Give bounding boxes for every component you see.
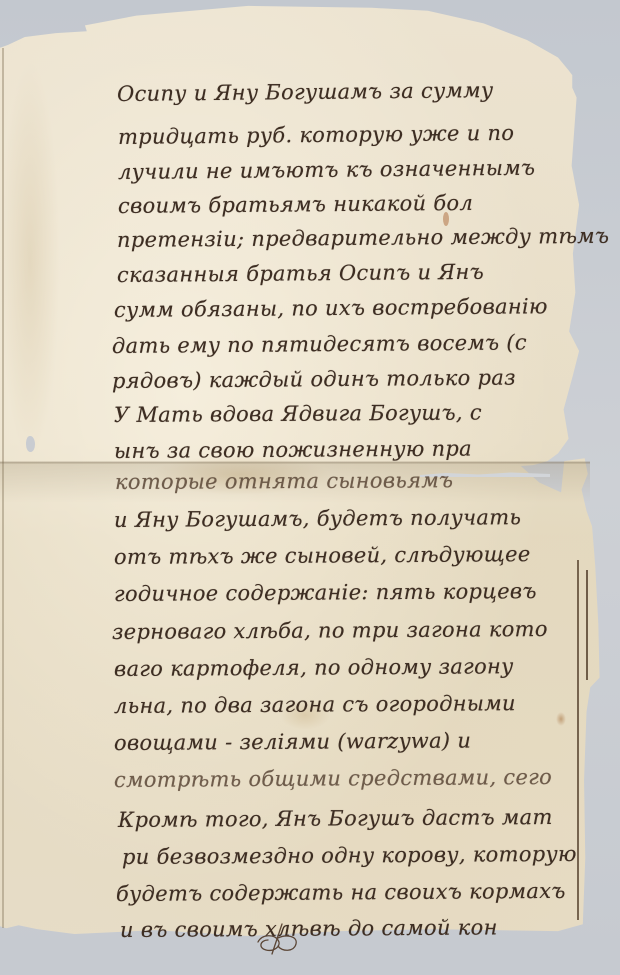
text-line: которые отнята сыновьямъ [115,468,453,494]
text-line: льна, по два загона съ огородными [114,691,516,718]
text-line: и въ своимъ хлѣвѣ до самой кон [120,915,498,942]
text-line: тридцать руб. которую уже и по [118,121,514,149]
text-line: рядовъ) каждый одинъ только раз [112,365,516,393]
text-line: лучили не имъютъ къ означеннымъ [118,156,536,184]
handwritten-text-body: Осипу и Яну Богушамъ за сумму тридцать р… [0,0,620,975]
text-line: дать ему по пятидесятъ восемъ (с [112,330,527,358]
text-line: Осипу и Яну Богушамъ за сумму [117,78,494,106]
text-line: ынъ за свою пожизненную пра [114,437,472,463]
text-line: зерноваго хлѣба, по три загона кото [112,617,548,644]
text-line: сказанныя братья Осипъ и Янъ [117,260,484,287]
text-line: претензіи; предварительно между тѣмъ [117,224,609,252]
text-line: сумм обязаны, по ихъ востребованію [114,294,548,322]
text-line: ваго картофеля, по одному загону [114,654,514,681]
text-line: смотрѣть общими средствами, сего [114,765,552,792]
text-line: и Яну Богушамъ, будетъ получать [114,505,521,532]
text-line: ри безвозмездно одну корову, которую [122,842,577,869]
text-line: годичное содержаніе: пять корцевъ [114,579,537,606]
text-line: будетъ содержать на своихъ кормахъ [116,879,566,906]
text-line: своимъ братьямъ никакой бол [118,191,473,218]
text-line: У Мать вдова Ядвига Богушъ, с [114,400,482,427]
text-line: Кромѣ того, Янъ Богушъ дастъ мат [118,805,553,832]
monogram-flourish-icon [254,920,304,956]
text-line: отъ тѣхъ же сыновей, слѣдующее [114,542,531,569]
text-line: овощами - зеліями (warzywa) и [114,729,471,755]
